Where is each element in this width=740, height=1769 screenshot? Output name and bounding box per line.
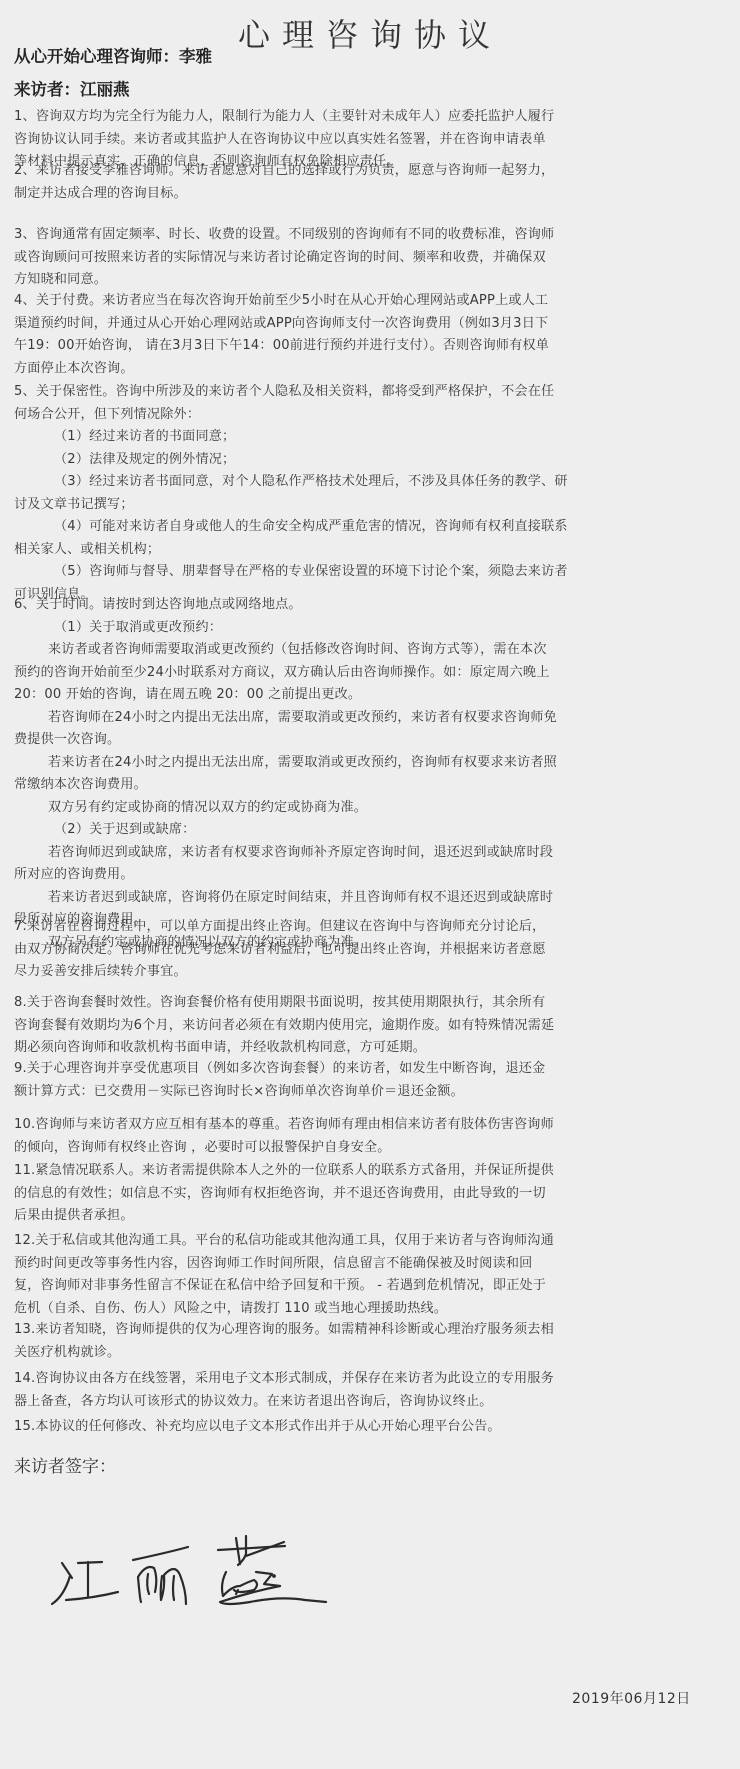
clause-line: 预约时间更改等事务性内容，因咨询师工作时间所限，信息留言不能确保被及时阅读和回: [14, 1253, 728, 1276]
clause-line: 咨询协议认同手续。来访者或其监护人在咨询协议中应以真实姓名签署，并在咨询申请表单: [14, 129, 728, 152]
late-absence-title: （2）关于迟到或缺席：: [14, 819, 728, 842]
cancel-para-3: 若来访者在24小时之内提出无法出席，需要取消或更改预约，咨询师有权要求来访者照: [14, 752, 728, 775]
clause-line: 何场合公开，但下列情况除外：: [14, 404, 728, 427]
clause-2: 2、来访者接受李雅咨询师。来访者愿意对自己的选择或行为负责，愿意与咨询师一起努力…: [14, 160, 728, 205]
cancel-para-1-cont: 预约的咨询开始前至少24小时联系对方商议，双方确认后由咨询师操作。如：原定周六晚…: [14, 662, 728, 685]
clause-line: 9.关于心理咨询并享受优惠项目（例如多次咨询套餐）的来访者，如发生中断咨询，退还…: [14, 1058, 728, 1081]
clause-line: 额计算方式：已交费用－实际已咨询时长×咨询师单次咨询单价＝退还金额。: [14, 1081, 728, 1104]
late-para-1-cont: 所对应的咨询费用。: [14, 864, 728, 887]
clause-9: 9.关于心理咨询并享受优惠项目（例如多次咨询套餐）的来访者，如发生中断咨询，退还…: [14, 1058, 728, 1103]
clause-line: 5、关于保密性。咨询中所涉及的来访者个人隐私及相关资料，都将受到严格保护，不会在…: [14, 381, 728, 404]
clause-line: 后果由提供者承担。: [14, 1205, 728, 1228]
clause-15: 15.本协议的任何修改、补充均应以电子文本形式作出并于从心开始心理平台公告。: [14, 1416, 728, 1439]
clause-line: 期必须向咨询师和收款机构书面申请，并经收款机构同意，方可延期。: [14, 1037, 728, 1060]
clause-line: 渠道预约时间，并通过从心开始心理网站或APP向咨询师支付一次咨询费用（例如3月3…: [14, 313, 728, 336]
signature-label: 来访者签字：: [14, 1456, 116, 1478]
clause-line: 4、关于付费。来访者应当在每次咨询开始前至少5小时在从心开始心理网站或APP上或…: [14, 290, 728, 313]
cancel-para-1-cont: 20：00 开始的咨询，请在周五晚 20：00 之前提出更改。: [14, 684, 728, 707]
clause-line: 10.咨询师与来访者双方应互相有基本的尊重。若咨询师有理由相信来访者有肢体伤害咨…: [14, 1114, 728, 1137]
clause-6-heading: 6、关于时间。请按时到达咨询地点或网络地点。: [14, 594, 728, 617]
clause-line: 方知晓和同意。: [14, 269, 728, 292]
clause-line: 11.紧急情况联系人。来访者需提供除本人之外的一位联系人的联系方式备用，并保证所…: [14, 1160, 728, 1183]
exception-item-5: （5）咨询师与督导、朋辈督导在严格的专业保密设置的环境下讨论个案，须隐去来访者: [14, 561, 728, 584]
handwritten-signature: [50, 1520, 440, 1610]
clause-line: 1、咨询双方均为完全行为能力人，限制行为能力人（主要针对未成年人）应委托监护人履…: [14, 106, 728, 129]
visitor-label: 来访者：: [14, 80, 80, 99]
cancel-para-2-cont: 费提供一次咨询。: [14, 729, 728, 752]
clause-line: 15.本协议的任何修改、补充均应以电子文本形式作出并于从心开始心理平台公告。: [14, 1416, 728, 1439]
exception-item-3: （3）经过来访者书面同意，对个人隐私作严格技术处理后，不涉及具体任务的教学、研: [14, 471, 728, 494]
clause-line: 3、咨询通常有固定频率、时长、收费的设置。不同级别的咨询师有不同的收费标准，咨询…: [14, 224, 728, 247]
clause-11: 11.紧急情况联系人。来访者需提供除本人之外的一位联系人的联系方式备用，并保证所…: [14, 1160, 728, 1228]
clause-line: 制定并达成合理的咨询目标。: [14, 183, 728, 206]
visitor-name: 江丽燕: [80, 80, 130, 99]
cancel-para-2: 若咨询师在24小时之内提出无法出席，需要取消或更改预约，来访者有权要求咨询师免: [14, 707, 728, 730]
clause-line: 危机（自杀、自伤、伤人）风险之中，请拨打 110 或当地心理援助热线。: [14, 1298, 728, 1321]
exception-item-4: （4）可能对来访者自身或他人的生命安全构成严重危害的情况，咨询师有权利直接联系: [14, 516, 728, 539]
clause-line: 咨询套餐有效期均为6个月，来访问者必须在有效期内使用完，逾期作废。如有特殊情况需…: [14, 1015, 728, 1038]
late-para-1: 若咨询师迟到或缺席，来访者有权要求咨询师补齐原定咨询时间，退还迟到或缺席时段: [14, 842, 728, 865]
clause-10: 10.咨询师与来访者双方应互相有基本的尊重。若咨询师有理由相信来访者有肢体伤害咨…: [14, 1114, 728, 1159]
clause-12: 12.关于私信或其他沟通工具。平台的私信功能或其他沟通工具，仅用于来访者与咨询师…: [14, 1230, 728, 1320]
clause-line: 2、来访者接受李雅咨询师。来访者愿意对自己的选择或行为负责，愿意与咨询师一起努力…: [14, 160, 728, 183]
cancel-para-3-cont: 常缴纳本次咨询费用。: [14, 774, 728, 797]
clause-3: 3、咨询通常有固定频率、时长、收费的设置。不同级别的咨询师有不同的收费标准，咨询…: [14, 224, 728, 292]
clause-4: 4、关于付费。来访者应当在每次咨询开始前至少5小时在从心开始心理网站或APP上或…: [14, 290, 728, 380]
cancel-para-4: 双方另有约定或协商的情况以双方的约定或协商为准。: [14, 797, 728, 820]
signing-date: 2019年06月12日: [572, 1688, 691, 1708]
clause-6: 6、关于时间。请按时到达咨询地点或网络地点。 （1）关于取消或更改预约： 来访者…: [14, 594, 728, 954]
clause-line: 13.来访者知晓，咨询师提供的仅为心理咨询的服务。如需精神科诊断或心理治疗服务须…: [14, 1319, 728, 1342]
clause-line: 方面停止本次咨询。: [14, 358, 728, 381]
exception-item-1: （1）经过来访者的书面同意；: [14, 426, 728, 449]
exception-item-3-cont: 讨及文章书记撰写；: [14, 494, 728, 517]
clause-line: 12.关于私信或其他沟通工具。平台的私信功能或其他沟通工具，仅用于来访者与咨询师…: [14, 1230, 728, 1253]
clause-line: 关医疗机构就诊。: [14, 1342, 728, 1365]
exception-item-2: （2）法律及规定的例外情况；: [14, 449, 728, 472]
late-para-2: 若来访者迟到或缺席，咨询将仍在原定时间结束，并且咨询师有权不退还迟到或缺席时: [14, 887, 728, 910]
exception-item-4-cont: 相关家人、或相关机构；: [14, 539, 728, 562]
clause-line: 8.关于咨询套餐时效性。咨询套餐价格有使用期限书面说明，按其使用期限执行，其余所…: [14, 992, 728, 1015]
cancel-para-1: 来访者或者咨询师需要取消或更改预约（包括修改咨询时间、咨询方式等），需在本次: [14, 639, 728, 662]
clause-line: 或咨询顾问可按照来访者的实际情况与来访者讨论确定咨询的时间、频率和收费，并确保双: [14, 247, 728, 270]
clause-line: 尽力妥善安排后续转介事宜。: [14, 961, 728, 984]
clause-line: 器上备查，各方均认可该形式的协议效力。在来访者退出咨询后，咨询协议终止。: [14, 1391, 728, 1414]
clause-8: 8.关于咨询套餐时效性。咨询套餐价格有使用期限书面说明，按其使用期限执行，其余所…: [14, 992, 728, 1060]
clause-line: 14.咨询协议由各方在线签署，采用电子文本形式制成，并保存在来访者为此设立的专用…: [14, 1368, 728, 1391]
clause-14: 14.咨询协议由各方在线签署，采用电子文本形式制成，并保存在来访者为此设立的专用…: [14, 1368, 728, 1413]
clause-line: 午19：00开始咨询， 请在3月3日下午14：00前进行预约并进行支付）。否则咨…: [14, 335, 728, 358]
clause-7: 7.来访者在咨询过程中，可以单方面提出终止咨询。但建议在咨询中与咨询师充分讨论后…: [14, 916, 728, 984]
clause-line: 由双方协商决定。咨询师在优先考虑来访者利益后，也可提出终止咨询，并根据来访者意愿: [14, 939, 728, 962]
clause-5: 5、关于保密性。咨询中所涉及的来访者个人隐私及相关资料，都将受到严格保护，不会在…: [14, 381, 728, 606]
visitor-line: 来访者：江丽燕: [14, 79, 130, 101]
clause-line: 7.来访者在咨询过程中，可以单方面提出终止咨询。但建议在咨询中与咨询师充分讨论后…: [14, 916, 728, 939]
counselor-label: 从心开始心理咨询师：: [14, 47, 179, 66]
cancel-reschedule-title: （1）关于取消或更改预约：: [14, 617, 728, 640]
counselor-line: 从心开始心理咨询师：李雅: [14, 46, 212, 68]
counselor-name: 李雅: [179, 47, 212, 66]
clause-line: 复，咨询师对非事务性留言不保证在私信中给予回复和干预。 - 若遇到危机情况，即正…: [14, 1275, 728, 1298]
clause-line: 的倾向，咨询师有权终止咨询 ，必要时可以报警保护自身安全。: [14, 1137, 728, 1160]
clause-13: 13.来访者知晓，咨询师提供的仅为心理咨询的服务。如需精神科诊断或心理治疗服务须…: [14, 1319, 728, 1364]
clause-line: 的信息的有效性；如信息不实，咨询师有权拒绝咨询，并不退还咨询费用，由此导致的一切: [14, 1183, 728, 1206]
